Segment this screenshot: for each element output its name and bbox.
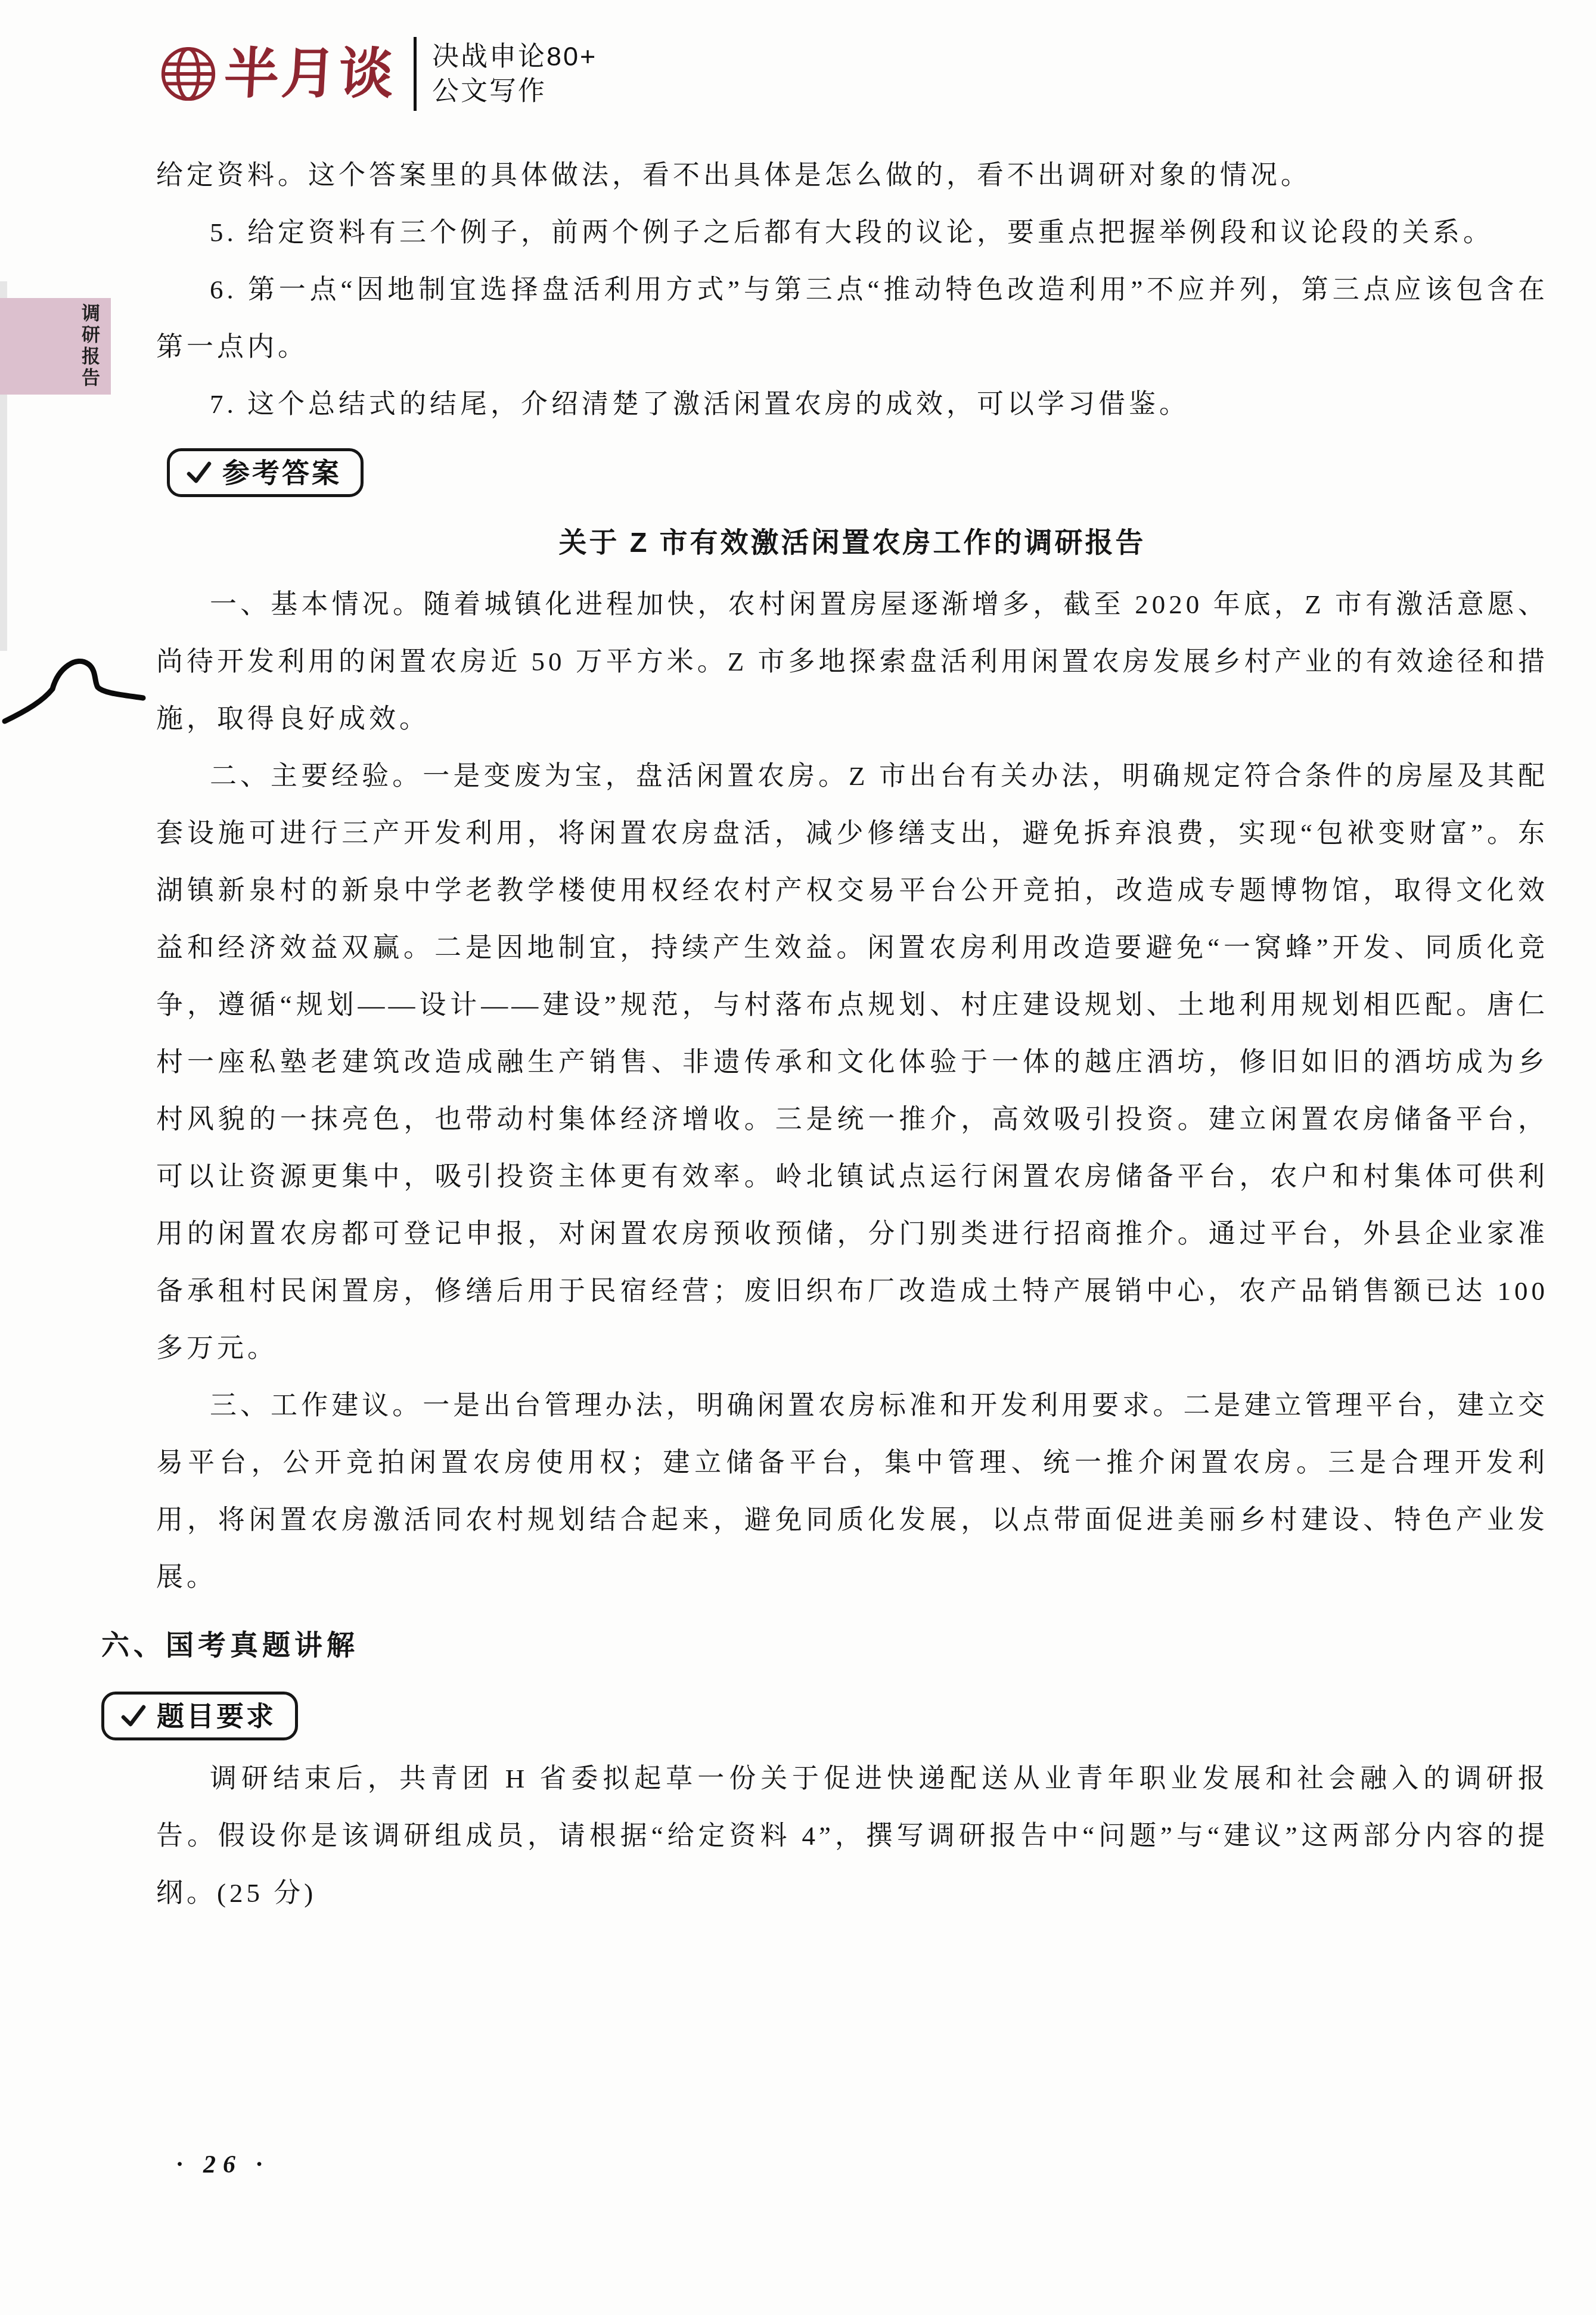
note-continuation: 给定资料。这个答案里的具体做法，看不出具体是怎么做的，看不出调研对象的情况。 (156, 147, 1548, 204)
note-item-5: 5. 给定资料有三个例子，前两个例子之后都有大段的议论，要重点把握举例段和议论段… (156, 204, 1548, 261)
globe-icon (160, 45, 217, 103)
check-icon (184, 458, 213, 487)
header-divider (414, 37, 417, 111)
task-requirements-badge: 题目要求 (101, 1692, 298, 1740)
series-title: 决战申论80+ (432, 39, 597, 74)
report-paragraph-basic-situation: 一、基本情况。随着城镇化进程加快，农村闲置房屋逐渐增多，截至 2020 年底，Z… (156, 576, 1548, 747)
note-item-6: 6. 第一点“因地制宜选择盘活利用方式”与第三点“推动特色改造利用”不应并列，第… (156, 261, 1548, 376)
report-paragraph-suggestions: 三、工作建议。一是出台管理办法，明确闲置农房标准和开发利用要求。二是建立管理平台… (156, 1377, 1548, 1606)
sidebar-tab-label: 调研报告 (79, 303, 99, 389)
task-requirements-badge-label: 题目要求 (157, 1702, 276, 1730)
note-item-7: 7. 这个总结式的结尾，介绍清楚了激活闲置农房的成效，可以学习借鉴。 (156, 376, 1548, 433)
brand-logotype: 半月谈 (223, 46, 398, 101)
report-paragraph-main-experience: 二、主要经验。一是变废为宝，盘活闲置农房。Z 市出台有关办法，明确规定符合条件的… (156, 747, 1548, 1377)
page-number: · 26 · (176, 2150, 269, 2179)
report-title: 关于 Z 市有效激活闲置农房工作的调研报告 (156, 514, 1548, 571)
sidebar-tab-survey-report: 调研报告 (0, 298, 111, 395)
check-icon (119, 1702, 147, 1730)
pen-squiggle-mark (0, 651, 150, 730)
reference-answer-badge: 参考答案 (167, 448, 364, 497)
series-subtitle: 公文写作 (432, 74, 597, 108)
page-header: 半月谈 决战申论80+ 公文写作 (160, 37, 597, 111)
section-heading-exam-explanation: 六、国考真题讲解 (101, 1616, 1548, 1674)
reference-answer-badge-label: 参考答案 (222, 459, 341, 486)
main-text-column: 给定资料。这个答案里的具体做法，看不出具体是怎么做的，看不出调研对象的情况。 5… (156, 147, 1548, 1922)
task-description: 调研结束后，共青团 H 省委拟起草一份关于促进快递配送从业青年职业发展和社会融入… (156, 1750, 1548, 1922)
series-title-block: 决战申论80+ 公文写作 (432, 39, 597, 108)
